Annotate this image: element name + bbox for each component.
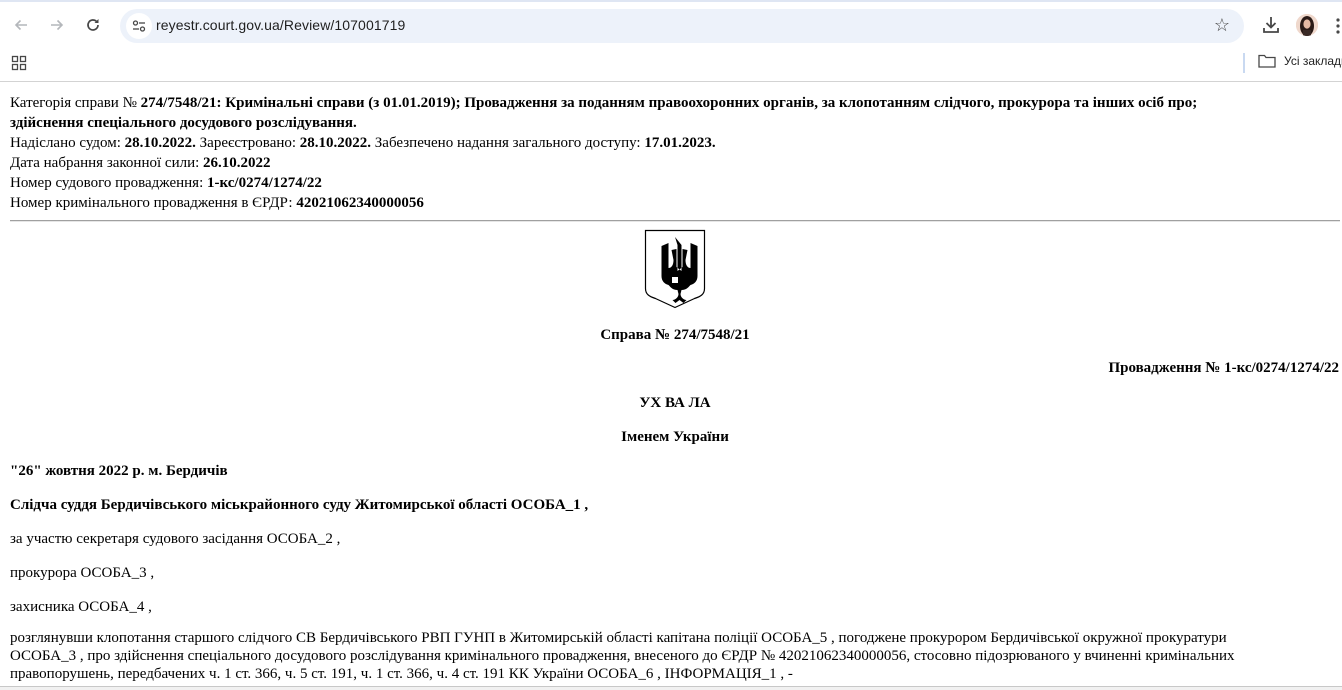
secretary-line: за участю секретаря судового засідання О… xyxy=(10,531,340,548)
folder-icon xyxy=(1258,54,1276,68)
download-icon xyxy=(1258,12,1284,38)
access-date: 17.01.2023. xyxy=(644,135,715,151)
download-button[interactable] xyxy=(1258,12,1284,38)
coat-of-arms-icon xyxy=(644,229,706,309)
back-button[interactable] xyxy=(6,10,36,40)
grid-icon xyxy=(11,55,27,71)
date-place: "26" жовтня 2022 р. м. Бердичів xyxy=(10,463,228,480)
dates-line: Надіслано судом: 28.10.2022. Зареєстрова… xyxy=(10,133,1340,153)
page-content: Категорія справи № 274/7548/21: Кримінал… xyxy=(0,83,1342,690)
arrow-right-icon xyxy=(49,17,65,33)
proceeding-number-heading: Провадження № 1-кс/0274/1274/22 xyxy=(1108,360,1339,377)
proceeding-number: 1-кс/0274/1274/22 xyxy=(207,175,322,191)
category-line: Категорія справи № 274/7548/21: Кримінал… xyxy=(10,93,1340,113)
sent-date: 28.10.2022. xyxy=(125,135,196,151)
browser-toolbar: reyestr.court.gov.ua/Review/107001719 ☆ xyxy=(0,0,1342,48)
profile-avatar[interactable] xyxy=(1296,14,1318,36)
horizontal-scrollbar[interactable] xyxy=(0,686,1342,690)
document-metadata: Категорія справи № 274/7548/21: Кримінал… xyxy=(10,93,1340,213)
url-text[interactable]: reyestr.court.gov.ua/Review/107001719 xyxy=(156,17,405,33)
forward-button[interactable] xyxy=(42,10,72,40)
defender-line: захисника ОСОБА_4 , xyxy=(10,599,152,616)
bookmarks-bar: Усі закладки xyxy=(0,48,1342,82)
erdr-number: 42021062340000056 xyxy=(296,195,424,211)
tune-icon xyxy=(132,20,146,32)
bookmarks-separator xyxy=(1243,53,1245,73)
document-subtitle: Іменем України xyxy=(0,429,1342,446)
paragraph-line: розглянувши клопотання старшого слідчого… xyxy=(10,629,1340,647)
effective-date-line: Дата набрання законної сили: 26.10.2022 xyxy=(10,153,1340,173)
reload-button[interactable] xyxy=(78,10,108,40)
all-bookmarks-label: Усі закладки xyxy=(1284,54,1342,68)
reload-icon xyxy=(85,17,101,33)
effective-date: 26.10.2022 xyxy=(203,155,271,171)
browser-menu-button[interactable] xyxy=(1334,16,1342,36)
motion-paragraph: розглянувши клопотання старшого слідчого… xyxy=(10,629,1340,683)
paragraph-line: ОСОБА_3 , про здійснення спеціального до… xyxy=(10,647,1340,665)
all-bookmarks-button[interactable]: Усі закладки xyxy=(1258,54,1342,68)
divider xyxy=(10,220,1340,222)
address-bar[interactable]: reyestr.court.gov.ua/Review/107001719 ☆ xyxy=(120,9,1244,43)
arrow-left-icon xyxy=(13,17,29,33)
category-line-2: здійснення спеціального досудового розсл… xyxy=(10,113,1340,133)
document-title: УХ ВА ЛА xyxy=(0,395,1342,412)
prosecutor-line: прокурора ОСОБА_3 , xyxy=(10,565,154,582)
avatar-icon xyxy=(1296,14,1318,36)
bookmark-star-icon[interactable]: ☆ xyxy=(1214,15,1230,36)
category-value: 274/7548/21: Кримінальні справи (з 01.01… xyxy=(141,95,1198,111)
more-vert-icon xyxy=(1334,16,1342,36)
proceeding-number-line: Номер судового провадження: 1-кс/0274/12… xyxy=(10,173,1340,193)
judge-line: Слідча суддя Бердичівського міськрайонно… xyxy=(10,497,588,514)
site-info-button[interactable] xyxy=(126,13,152,39)
apps-button[interactable] xyxy=(11,55,27,71)
erdr-number-line: Номер кримінального провадження в ЄРДР: … xyxy=(10,193,1340,213)
paragraph-line: правопорушень, передбачених ч. 1 ст. 366… xyxy=(10,665,1340,683)
case-number: Справа № 274/7548/21 xyxy=(0,327,1342,344)
registered-date: 28.10.2022. xyxy=(300,135,371,151)
